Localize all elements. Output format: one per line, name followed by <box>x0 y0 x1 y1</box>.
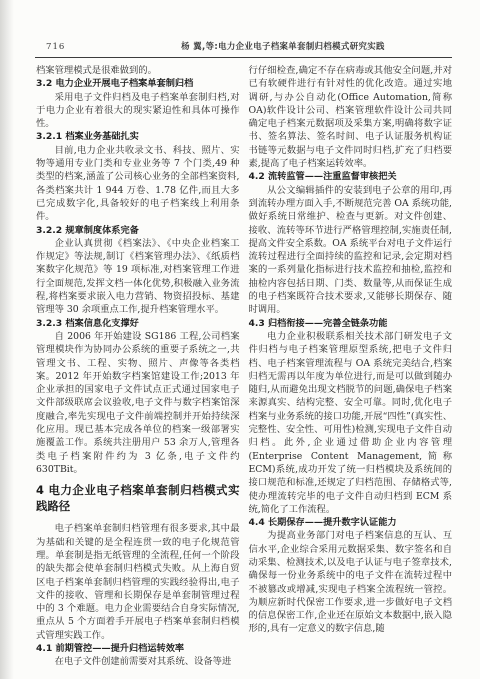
subsection-heading: 4.2 流转监管——注重监督审核把关 <box>249 170 453 183</box>
body-paragraph: 从公文编辑插件的安装到电子公章的用印,再到流转办理方面入手,不断规范完善 OA … <box>249 184 453 317</box>
right-column: 行仔细检查,确定不存在病毒或其他安全问题,并对已有软硬件进行有针对性的优化改造。… <box>249 64 453 679</box>
left-column: 档案管理模式是很难做到的。3.2 电力企业开展电子档案单套制归档采用电子文件归档… <box>36 64 240 679</box>
subsection-heading: 4.3 归档衔接——完善全链条功能 <box>249 317 453 330</box>
subsection-heading: 3.2 电力企业开展电子档案单套制归档 <box>36 77 240 90</box>
body-paragraph: 行仔细检查,确定不存在病毒或其他安全问题,并对已有软硬件进行有针对性的优化改造。… <box>249 64 453 170</box>
body-paragraph: 目前,电力企业共收录文书、科技、照片、实物等通用专业门类和专业业务等 7 个门类… <box>36 144 240 224</box>
subsection-heading: 4.1 前期管控——提升归档运转效率 <box>36 642 240 655</box>
page-header: 716 杨 翼,等:电力企业电子档案单套制归档模式研究实践 <box>46 40 450 52</box>
subsection-heading: 4.4 长期保存——提升数字认证能力 <box>249 516 453 529</box>
body-paragraph: 企业认真贯彻《档案法》、《中央企业档案工作规定》等法规,制订《档案管理办法》、《… <box>36 237 240 317</box>
subsection-heading: 3.2.1 档案业务基础扎实 <box>36 130 240 143</box>
text-columns: 档案管理模式是很难做到的。3.2 电力企业开展电子档案单套制归档采用电子文件归档… <box>36 64 452 679</box>
body-paragraph: 为提高业务部门对电子档案信息的互认、互信水平,企业综合采用元数据采集、数字签名和… <box>249 529 453 635</box>
body-paragraph: 自 2006 年开始建设 SG186 工程,公司档案管理模块作为协同办公系统的重… <box>36 330 240 476</box>
subsection-heading: 3.2.2 规章制度体系完备 <box>36 224 240 237</box>
body-paragraph: 档案管理模式是很难做到的。 <box>36 64 240 77</box>
scan-edge-shadow <box>0 0 14 679</box>
subsection-heading: 3.2.3 档案信息化支撑好 <box>36 317 240 330</box>
paper-page: 716 杨 翼,等:电力企业电子档案单套制归档模式研究实践 档案管理模式是很难做… <box>0 0 480 679</box>
running-title: 杨 翼,等:电力企业电子档案单套制归档模式研究实践 <box>116 40 450 52</box>
body-paragraph: 电子档案单套制归档管理有很多要求,其中最为基础和关键的是全程连贯一致的电子化规范… <box>36 522 240 642</box>
body-paragraph: 电力企业积极联系相关技术部门研发电子文件归档与电子档案管理原型系统,把电子文件归… <box>249 330 453 516</box>
body-paragraph: 在电子文件创建前需要对其系统、设备等进 <box>36 655 240 668</box>
header-rule <box>35 57 452 58</box>
section-heading: 4 电力企业电子档案单套制归档模式实践路径 <box>36 483 240 514</box>
body-paragraph: 采用电子文件归档及电子档案单套制归档,对于电力企业有着很大的现实紧迫性和具体可操… <box>36 91 240 131</box>
page-number: 716 <box>46 42 116 52</box>
